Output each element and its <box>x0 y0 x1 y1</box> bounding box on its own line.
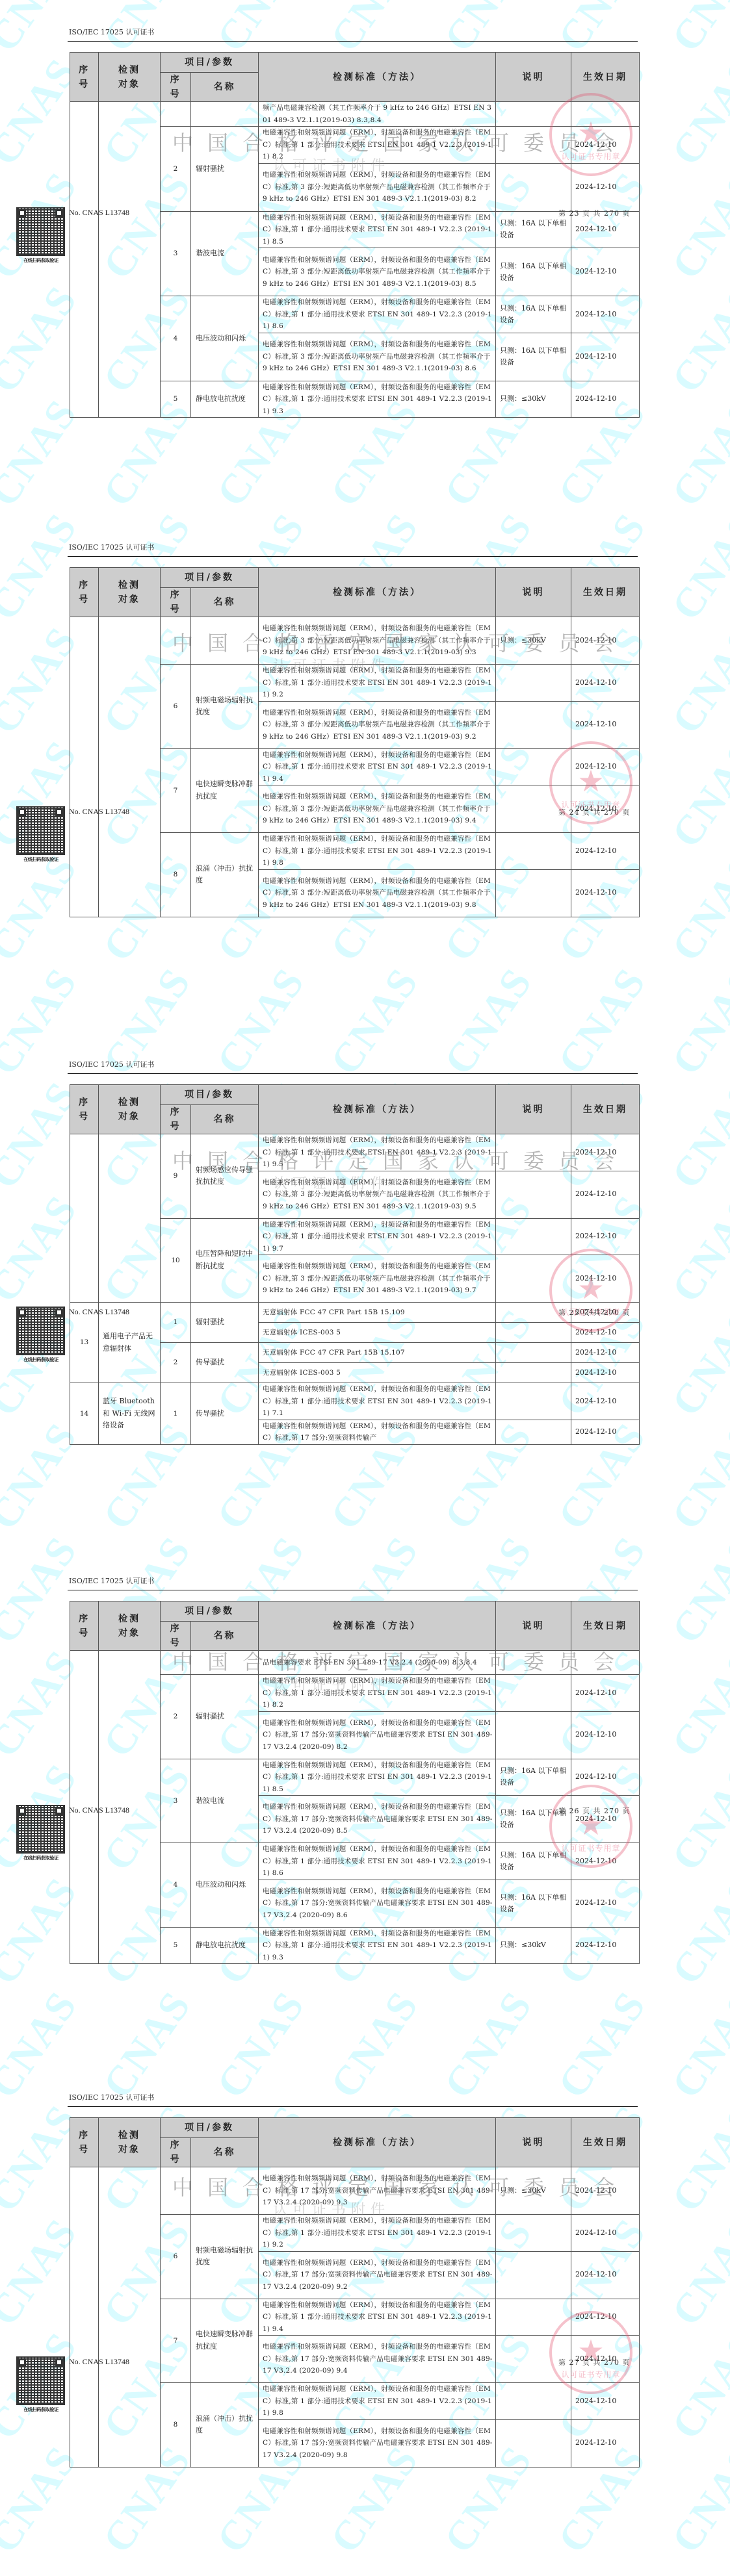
cell-item-no: 7 <box>161 748 191 833</box>
cell-note <box>496 701 571 748</box>
certificate-page-27: ISO/IEC 17025 认可证书 序号 检测对象 项目/参数 检测标准（方法… <box>0 2054 730 2570</box>
cell-test-standard: 电磁兼容性和射频频谱问题（ERM），射频设备和服务的电磁兼容性（EMC）标准,第… <box>259 2215 496 2252</box>
cell-item-name: 射频电磁场辐射抗扰度 <box>191 665 259 749</box>
qr-code-icon[interactable] <box>16 207 65 256</box>
cell-test-standard: 电磁兼容性和射频频谱问题（ERM），射频设备和服务的电磁兼容性（EMC）标准,第… <box>259 381 496 418</box>
cell-note: 只测：16A 以下单相设备 <box>496 248 571 296</box>
page-header-title: ISO/IEC 17025 认可证书 <box>69 2092 154 2102</box>
header-date: 生效日期 <box>571 1085 640 1134</box>
cell-test-standard: 电磁兼容性和射频频谱问题（ERM），射频设备和服务的电磁兼容性（EMC）标准,第… <box>259 296 496 333</box>
cell-item-no: 3 <box>161 211 191 296</box>
header-note: 说明 <box>496 2118 571 2167</box>
page-number: 第 26 页 共 270 页 <box>558 1805 630 1816</box>
cell-effective-date: 2024-12-10 <box>571 1675 640 1712</box>
cell-effective-date: 2024-12-10 <box>571 2383 640 2420</box>
cell-test-standard: 电磁兼容性和射频频谱问题（ERM），射频设备和服务的电磁兼容性（EMC）标准,第… <box>259 2299 496 2336</box>
header-item-name: 名称 <box>191 2138 259 2167</box>
cell-item-name: 静电放电抗扰度 <box>191 1927 259 1964</box>
accreditation-scope-table: 序号 检测对象 项目/参数 检测标准（方法） 说明 生效日期 序号 名称 电磁兼… <box>70 567 640 917</box>
cell-test-object <box>99 2167 161 2468</box>
cell-note <box>496 1420 571 1444</box>
cell-effective-date: 2024-12-10 <box>571 701 640 748</box>
cell-note <box>496 869 571 917</box>
cell-note: 只测：16A 以下单相设备 <box>496 333 571 381</box>
qr-code-icon[interactable] <box>16 806 65 855</box>
certificate-page-25: ISO/IEC 17025 认可证书 序号 检测对象 项目/参数 检测标准（方法… <box>0 1021 730 1537</box>
cell-item-name: 静电放电抗扰度 <box>191 381 259 418</box>
header-object: 检测对象 <box>99 53 161 102</box>
header-item-name: 名称 <box>191 73 259 102</box>
cell-item-name <box>191 1651 259 1675</box>
header-divider <box>68 556 638 557</box>
cell-item-no: 3 <box>161 1759 191 1843</box>
cell-item-no: 6 <box>161 2215 191 2299</box>
cell-effective-date: 2024-12-10 <box>571 1323 640 1343</box>
cell-note: 只测：≤30kV <box>496 1927 571 1964</box>
cell-item-name: 电压暂降和短时中断抗扰度 <box>191 1218 259 1303</box>
certificate-number: No. CNAS L13748 <box>69 208 129 218</box>
qr-caption: 在线扫码获取验证 <box>16 1855 66 1861</box>
cell-note <box>496 2419 571 2467</box>
cell-item-name: 射频电磁场辐射抗扰度 <box>191 2215 259 2299</box>
table-row: 电磁兼容性和射频频谱问题（ERM），射频设备和服务的电磁兼容性（EMC）标准,第… <box>70 617 640 665</box>
table-row: 9射频场感应传导骚扰抗扰度电磁兼容性和射频频谱问题（ERM），射频设备和服务的电… <box>70 1134 640 1171</box>
header-item-no: 序号 <box>161 1622 191 1651</box>
header-note: 说明 <box>496 53 571 102</box>
cell-note <box>496 163 571 211</box>
cell-note <box>496 1363 571 1383</box>
cell-note: 只测：16A 以下单相设备 <box>496 296 571 333</box>
table-row: 14蓝牙 Bluetooth 和 Wi-Fi 无线网络设备1传导骚扰电磁兼容性和… <box>70 1383 640 1420</box>
header-no: 序号 <box>70 1085 99 1134</box>
cell-item-no: 8 <box>161 833 191 917</box>
cell-test-standard: 电磁兼容性和射频频谱问题（ERM），射频设备和服务的电磁兼容性（EMC）标准,第… <box>259 1134 496 1171</box>
cell-test-standard: 电磁兼容性和射频频谱问题（ERM），射频设备和服务的电磁兼容性（EMC）标准,第… <box>259 1255 496 1303</box>
cell-item-no: 2 <box>161 1675 191 1759</box>
header-date: 生效日期 <box>571 1601 640 1651</box>
cell-effective-date: 2024-12-10 <box>571 296 640 333</box>
qr-caption: 在线扫码获取验证 <box>16 257 66 264</box>
cell-effective-date: 2024-12-10 <box>571 2251 640 2299</box>
cell-test-standard: 电磁兼容性和射频频谱问题（ERM），射频设备和服务的电磁兼容性（EMC）标准,第… <box>259 163 496 211</box>
accreditation-scope-table: 序号 检测对象 项目/参数 检测标准（方法） 说明 生效日期 序号 名称 电磁兼… <box>70 2117 640 2468</box>
cell-test-standard: 电磁兼容性和射频频谱问题（ERM），射频设备和服务的电磁兼容性（EMC）标准,第… <box>259 127 496 164</box>
cell-serial-no: 14 <box>70 1383 99 1445</box>
header-standard: 检测标准（方法） <box>259 2118 496 2167</box>
cell-test-standard: 电磁兼容性和射频频谱问题（ERM），射频设备和服务的电磁兼容性（EMC）标准,第… <box>259 617 496 665</box>
cell-note <box>496 833 571 870</box>
cell-note <box>496 1255 571 1303</box>
table-row: 电磁兼容性和射频频谱问题（ERM），射频设备和服务的电磁兼容性（EMC）标准,第… <box>70 2167 640 2215</box>
header-item-group: 项目/参数 <box>161 568 259 588</box>
header-standard: 检测标准（方法） <box>259 1085 496 1134</box>
header-item-no: 序号 <box>161 588 191 617</box>
cell-note <box>496 1711 571 1759</box>
cell-item-no: 1 <box>161 1383 191 1445</box>
cell-note <box>496 1383 571 1420</box>
cell-effective-date: 2024-12-10 <box>571 1134 640 1171</box>
cell-note <box>496 2299 571 2336</box>
cell-test-standard: 电磁兼容性和射频频谱问题（ERM），射频设备和服务的电磁兼容性（EMC）标准,第… <box>259 869 496 917</box>
cell-effective-date: 2024-12-10 <box>571 1383 640 1420</box>
qr-code-icon[interactable] <box>16 1307 65 1355</box>
cell-item-no: 4 <box>161 1843 191 1928</box>
header-item-name: 名称 <box>191 1622 259 1651</box>
cell-test-standard: 电磁兼容性和射频频谱问题（ERM），射频设备和服务的电磁兼容性（EMC）标准,第… <box>259 1171 496 1218</box>
certificate-number: No. CNAS L13748 <box>69 807 129 817</box>
cell-item-no <box>161 617 191 665</box>
cell-effective-date: 2024-12-10 <box>571 617 640 665</box>
cell-item-no: 7 <box>161 2299 191 2383</box>
header-standard: 检测标准（方法） <box>259 1601 496 1651</box>
cell-test-standard: 电磁兼容性和射频频谱问题（ERM），射频设备和服务的电磁兼容性（EMC）标准,第… <box>259 2383 496 2420</box>
cell-effective-date: 2024-12-10 <box>571 1363 640 1383</box>
cell-effective-date: 2024-12-10 <box>571 2167 640 2215</box>
cell-effective-date: 2024-12-10 <box>571 127 640 164</box>
header-no: 序号 <box>70 2118 99 2167</box>
cell-item-name: 浪涌（冲击）抗扰度 <box>191 2383 259 2468</box>
header-divider <box>68 41 638 42</box>
certificate-number: No. CNAS L13748 <box>69 1805 129 1815</box>
cell-test-standard: 电磁兼容性和射频频谱问题（ERM），射频设备和服务的电磁兼容性（EMC）标准,第… <box>259 1759 496 1796</box>
cell-note: 只测：16A 以下单相设备 <box>496 1843 571 1880</box>
cell-note <box>496 1651 571 1675</box>
cell-item-name: 电压波动和闪烁 <box>191 1843 259 1928</box>
cell-item-name: 电压波动和闪烁 <box>191 296 259 381</box>
cell-test-standard: 电磁兼容性和射频频谱问题（ERM），射频设备和服务的电磁兼容性（EMC）标准,第… <box>259 665 496 702</box>
header-object: 检测对象 <box>99 1085 161 1134</box>
cell-note: 只测：≤30kV <box>496 617 571 665</box>
cell-effective-date: 2024-12-10 <box>571 1759 640 1796</box>
cell-note <box>496 1171 571 1218</box>
cell-note: 只测：16A 以下单相设备 <box>496 1759 571 1796</box>
cell-test-standard: 电磁兼容性和射频频谱问题（ERM），射频设备和服务的电磁兼容性（EMC）标准,第… <box>259 248 496 296</box>
cell-note <box>496 2383 571 2420</box>
cell-test-standard: 电磁兼容性和射频频谱问题（ERM），射频设备和服务的电磁兼容性（EMC）标准,第… <box>259 785 496 833</box>
header-note: 说明 <box>496 1601 571 1651</box>
cell-item-name: 射频场感应传导骚扰抗扰度 <box>191 1134 259 1219</box>
header-item-group: 项目/参数 <box>161 1601 259 1622</box>
header-item-no: 序号 <box>161 1105 191 1134</box>
header-no: 序号 <box>70 568 99 617</box>
cell-item-name: 传导骚扰 <box>191 1343 259 1383</box>
header-date: 生效日期 <box>571 53 640 102</box>
cell-test-object <box>99 1134 161 1303</box>
qr-code-icon[interactable] <box>16 2356 65 2405</box>
page-header-title: ISO/IEC 17025 认可证书 <box>69 1575 154 1586</box>
cell-test-standard: 电磁兼容性和射频频谱问题（ERM），射频设备和服务的电磁兼容性（EMC）标准,第… <box>259 701 496 748</box>
cell-item-name: 浪涌（冲击）抗扰度 <box>191 833 259 917</box>
cell-item-no: 10 <box>161 1218 191 1303</box>
cell-effective-date: 2024-12-10 <box>571 2419 640 2467</box>
cell-serial-no <box>70 102 99 418</box>
cell-item-no: 2 <box>161 1343 191 1383</box>
cell-item-name <box>191 2167 259 2215</box>
cell-item-name <box>191 617 259 665</box>
accreditation-scope-table: 序号 检测对象 项目/参数 检测标准（方法） 说明 生效日期 序号 名称 品电磁… <box>70 1601 640 1964</box>
table-row: 13通用电子产品无意辐射体1辐射骚扰无意辐射体 FCC 47 CFR Part … <box>70 1303 640 1323</box>
qr-code-icon[interactable] <box>16 1805 65 1854</box>
cell-item-no: 9 <box>161 1134 191 1219</box>
page-header-title: ISO/IEC 17025 认可证书 <box>69 542 154 552</box>
header-standard: 检测标准（方法） <box>259 568 496 617</box>
qr-caption: 在线扫码获取验证 <box>16 856 66 863</box>
cell-effective-date: 2024-12-10 <box>571 1843 640 1880</box>
cell-item-name <box>191 102 259 127</box>
cell-effective-date: 2024-12-10 <box>571 1218 640 1255</box>
cell-note: 只测：16A 以下单相设备 <box>496 1880 571 1927</box>
cell-effective-date: 2024-12-10 <box>571 1796 640 1843</box>
certificate-page-23: ISO/IEC 17025 认可证书 序号 检测对象 项目/参数 检测标准（方法… <box>0 0 730 504</box>
cell-serial-no <box>70 617 99 917</box>
header-item-group: 项目/参数 <box>161 53 259 73</box>
table-row: 品电磁兼容要求 ETSI EN 301 489-17 V3.2.4 (2020-… <box>70 1651 640 1675</box>
header-divider <box>68 2106 638 2107</box>
cell-test-standard: 无意辐射体 FCC 47 CFR Part 15B 15.109 <box>259 1303 496 1323</box>
cell-test-standard: 电磁兼容性和射频频谱问题（ERM），射频设备和服务的电磁兼容性（EMC）标准,第… <box>259 2419 496 2467</box>
cell-test-standard: 电磁兼容性和射频频谱问题（ERM），射频设备和服务的电磁兼容性（EMC）标准,第… <box>259 2251 496 2299</box>
cell-test-standard: 品电磁兼容要求 ETSI EN 301 489-17 V3.2.4 (2020-… <box>259 1651 496 1675</box>
cell-test-standard: 电磁兼容性和射频频谱问题（ERM），射频设备和服务的电磁兼容性（EMC）标准,第… <box>259 833 496 870</box>
cell-test-standard: 电磁兼容性和射频频谱问题（ERM），射频设备和服务的电磁兼容性（EMC）标准,第… <box>259 2336 496 2383</box>
cell-note <box>496 1675 571 1712</box>
certificate-number: No. CNAS L13748 <box>69 1307 129 1317</box>
cell-note <box>496 2215 571 2252</box>
cell-effective-date: 2024-12-10 <box>571 1343 640 1363</box>
cell-test-standard: 电磁兼容性和射频频谱问题（ERM），射频设备和服务的电磁兼容性（EMC）标准,第… <box>259 333 496 381</box>
cell-effective-date: 2024-12-10 <box>571 248 640 296</box>
cell-item-name: 辐射骚扰 <box>191 1303 259 1343</box>
cell-effective-date: 2024-12-10 <box>571 748 640 785</box>
header-object: 检测对象 <box>99 2118 161 2167</box>
cell-note <box>496 1343 571 1363</box>
cell-item-name: 谐波电流 <box>191 1759 259 1843</box>
header-standard: 检测标准（方法） <box>259 53 496 102</box>
cell-test-object <box>99 102 161 418</box>
cell-effective-date: 2024-12-10 <box>571 1880 640 1927</box>
header-no: 序号 <box>70 53 99 102</box>
cell-item-name: 电快速瞬变脉冲群抗扰度 <box>191 748 259 833</box>
cell-effective-date: 2024-12-10 <box>571 163 640 211</box>
cell-effective-date: 2024-12-10 <box>571 665 640 702</box>
header-object: 检测对象 <box>99 1601 161 1651</box>
page-number: 第 25 页 共 270 页 <box>558 1307 630 1318</box>
cell-effective-date: 2024-12-10 <box>571 833 640 870</box>
cell-test-standard: 电磁兼容性和射频频谱问题（ERM），射频设备和服务的电磁兼容性（EMC）标准,第… <box>259 1218 496 1255</box>
header-item-group: 项目/参数 <box>161 1085 259 1105</box>
header-note: 说明 <box>496 568 571 617</box>
certificate-page-24: ISO/IEC 17025 认可证书 序号 检测对象 项目/参数 检测标准（方法… <box>0 504 730 1019</box>
cell-test-standard: 电磁兼容性和射频频谱问题（ERM），射频设备和服务的电磁兼容性（EMC）标准,第… <box>259 2167 496 2215</box>
cell-note <box>496 1218 571 1255</box>
header-divider <box>68 1590 638 1590</box>
qr-caption: 在线扫码获取验证 <box>16 1357 66 1363</box>
cell-item-no <box>161 1651 191 1675</box>
header-item-name: 名称 <box>191 1105 259 1134</box>
cell-effective-date: 2024-12-10 <box>571 2215 640 2252</box>
header-object: 检测对象 <box>99 568 161 617</box>
cell-test-standard: 电磁兼容性和射频频谱问题（ERM），射频设备和服务的电磁兼容性（EMC）标准,第… <box>259 1796 496 1843</box>
accreditation-scope-table: 序号 检测对象 项目/参数 检测标准（方法） 说明 生效日期 序号 名称 频产品… <box>70 52 640 418</box>
cell-item-no: 2 <box>161 127 191 212</box>
header-note: 说明 <box>496 1085 571 1134</box>
header-divider <box>68 1073 638 1074</box>
cell-test-standard: 电磁兼容性和射频频谱问题（ERM），射频设备和服务的电磁兼容性（EMC）标准,第… <box>259 1927 496 1964</box>
cell-test-standard: 电磁兼容性和射频频谱问题（ERM），射频设备和服务的电磁兼容性（EMC）标准,第… <box>259 1880 496 1927</box>
table-row: 频产品电磁兼容检测（其工作频率介于 9 kHz to 246 GHz）ETSI … <box>70 102 640 127</box>
cell-test-standard: 频产品电磁兼容检测（其工作频率介于 9 kHz to 246 GHz）ETSI … <box>259 102 496 127</box>
cell-serial-no <box>70 1134 99 1303</box>
qr-caption: 在线扫码获取验证 <box>16 2406 66 2413</box>
cell-item-name: 辐射骚扰 <box>191 1675 259 1759</box>
cell-effective-date: 2024-12-10 <box>571 381 640 418</box>
cell-test-standard: 无意辐射体 FCC 47 CFR Part 15B 15.107 <box>259 1343 496 1363</box>
cell-effective-date: 2024-12-10 <box>571 1711 640 1759</box>
header-no: 序号 <box>70 1601 99 1651</box>
cell-test-standard: 电磁兼容性和射频频谱问题（ERM），射频设备和服务的电磁兼容性（EMC）标准,第… <box>259 1843 496 1880</box>
cell-effective-date: 2024-12-10 <box>571 2299 640 2336</box>
cell-test-standard: 电磁兼容性和射频频谱问题（ERM），射频设备和服务的电磁兼容性（EMC）标准,第… <box>259 1711 496 1759</box>
certificate-number: No. CNAS L13748 <box>69 2357 129 2367</box>
cell-item-name: 传导骚扰 <box>191 1383 259 1445</box>
cell-test-standard: 电磁兼容性和射频频谱问题（ERM），射频设备和服务的电磁兼容性（EMC）标准,第… <box>259 1675 496 1712</box>
cell-note: 只测：16A 以下单相设备 <box>496 1796 571 1843</box>
page-header-title: ISO/IEC 17025 认可证书 <box>69 1059 154 1069</box>
cell-item-name: 电快速瞬变脉冲群抗扰度 <box>191 2299 259 2383</box>
page-number: 第 23 页 共 270 页 <box>558 208 630 218</box>
page-number: 第 27 页 共 270 页 <box>558 2357 630 2367</box>
cell-effective-date: 2024-12-10 <box>571 1927 640 1964</box>
cell-effective-date <box>571 1651 640 1675</box>
cell-serial-no <box>70 2167 99 2468</box>
cell-item-no: 8 <box>161 2383 191 2468</box>
cell-note <box>496 1134 571 1171</box>
header-item-group: 项目/参数 <box>161 2118 259 2138</box>
header-item-no: 序号 <box>161 2138 191 2167</box>
page-header-title: ISO/IEC 17025 认可证书 <box>69 27 154 37</box>
page-number: 第 24 页 共 270 页 <box>558 807 630 817</box>
cell-test-object <box>99 617 161 917</box>
cell-item-name: 辐射骚扰 <box>191 127 259 212</box>
cell-note <box>496 102 571 127</box>
cell-effective-date: 2024-12-10 <box>571 1171 640 1218</box>
cell-test-standard: 电磁兼容性和射频频谱问题（ERM），射频设备和服务的电磁兼容性（EMC）标准,第… <box>259 211 496 248</box>
cell-test-standard: 电磁兼容性和射频频谱问题（ERM），射频设备和服务的电磁兼容性（EMC）标准,第… <box>259 748 496 785</box>
cell-item-no: 5 <box>161 1927 191 1964</box>
header-item-name: 名称 <box>191 588 259 617</box>
cell-test-standard: 电磁兼容性和射频频谱问题（ERM），射频设备和服务的电磁兼容性（EMC）标准,第… <box>259 1383 496 1420</box>
cell-item-no <box>161 2167 191 2215</box>
cell-note: 只测：≤30kV <box>496 381 571 418</box>
accreditation-scope-table: 序号 检测对象 项目/参数 检测标准（方法） 说明 生效日期 序号 名称 9射频… <box>70 1084 640 1445</box>
cell-note <box>496 665 571 702</box>
cell-effective-date <box>571 102 640 127</box>
header-date: 生效日期 <box>571 2118 640 2167</box>
cell-effective-date: 2024-12-10 <box>571 1420 640 1444</box>
cell-note: 只测：≤30kV <box>496 2167 571 2215</box>
cell-item-no <box>161 102 191 127</box>
cell-test-standard: 无意辐射体 ICES-003 5 <box>259 1323 496 1343</box>
header-item-no: 序号 <box>161 73 191 102</box>
cell-item-no: 6 <box>161 665 191 749</box>
cell-test-standard: 电磁兼容性和射频频谱问题（ERM），射频设备和服务的电磁兼容性（EMC）标准,第… <box>259 1420 496 1444</box>
cell-effective-date: 2024-12-10 <box>571 869 640 917</box>
cell-test-object: 蓝牙 Bluetooth 和 Wi-Fi 无线网络设备 <box>99 1383 161 1445</box>
cell-effective-date: 2024-12-10 <box>571 1255 640 1303</box>
cell-item-no: 4 <box>161 296 191 381</box>
cell-note <box>496 748 571 785</box>
cell-note <box>496 2251 571 2299</box>
cell-item-no: 1 <box>161 1303 191 1343</box>
cell-note <box>496 127 571 164</box>
cell-item-name: 谐波电流 <box>191 211 259 296</box>
header-date: 生效日期 <box>571 568 640 617</box>
cell-note <box>496 1323 571 1343</box>
cell-item-no: 5 <box>161 381 191 418</box>
cell-test-standard: 无意辐射体 ICES-003 5 <box>259 1363 496 1383</box>
cell-effective-date: 2024-12-10 <box>571 333 640 381</box>
certificate-page-26: ISO/IEC 17025 认可证书 序号 检测对象 项目/参数 检测标准（方法… <box>0 1538 730 2053</box>
